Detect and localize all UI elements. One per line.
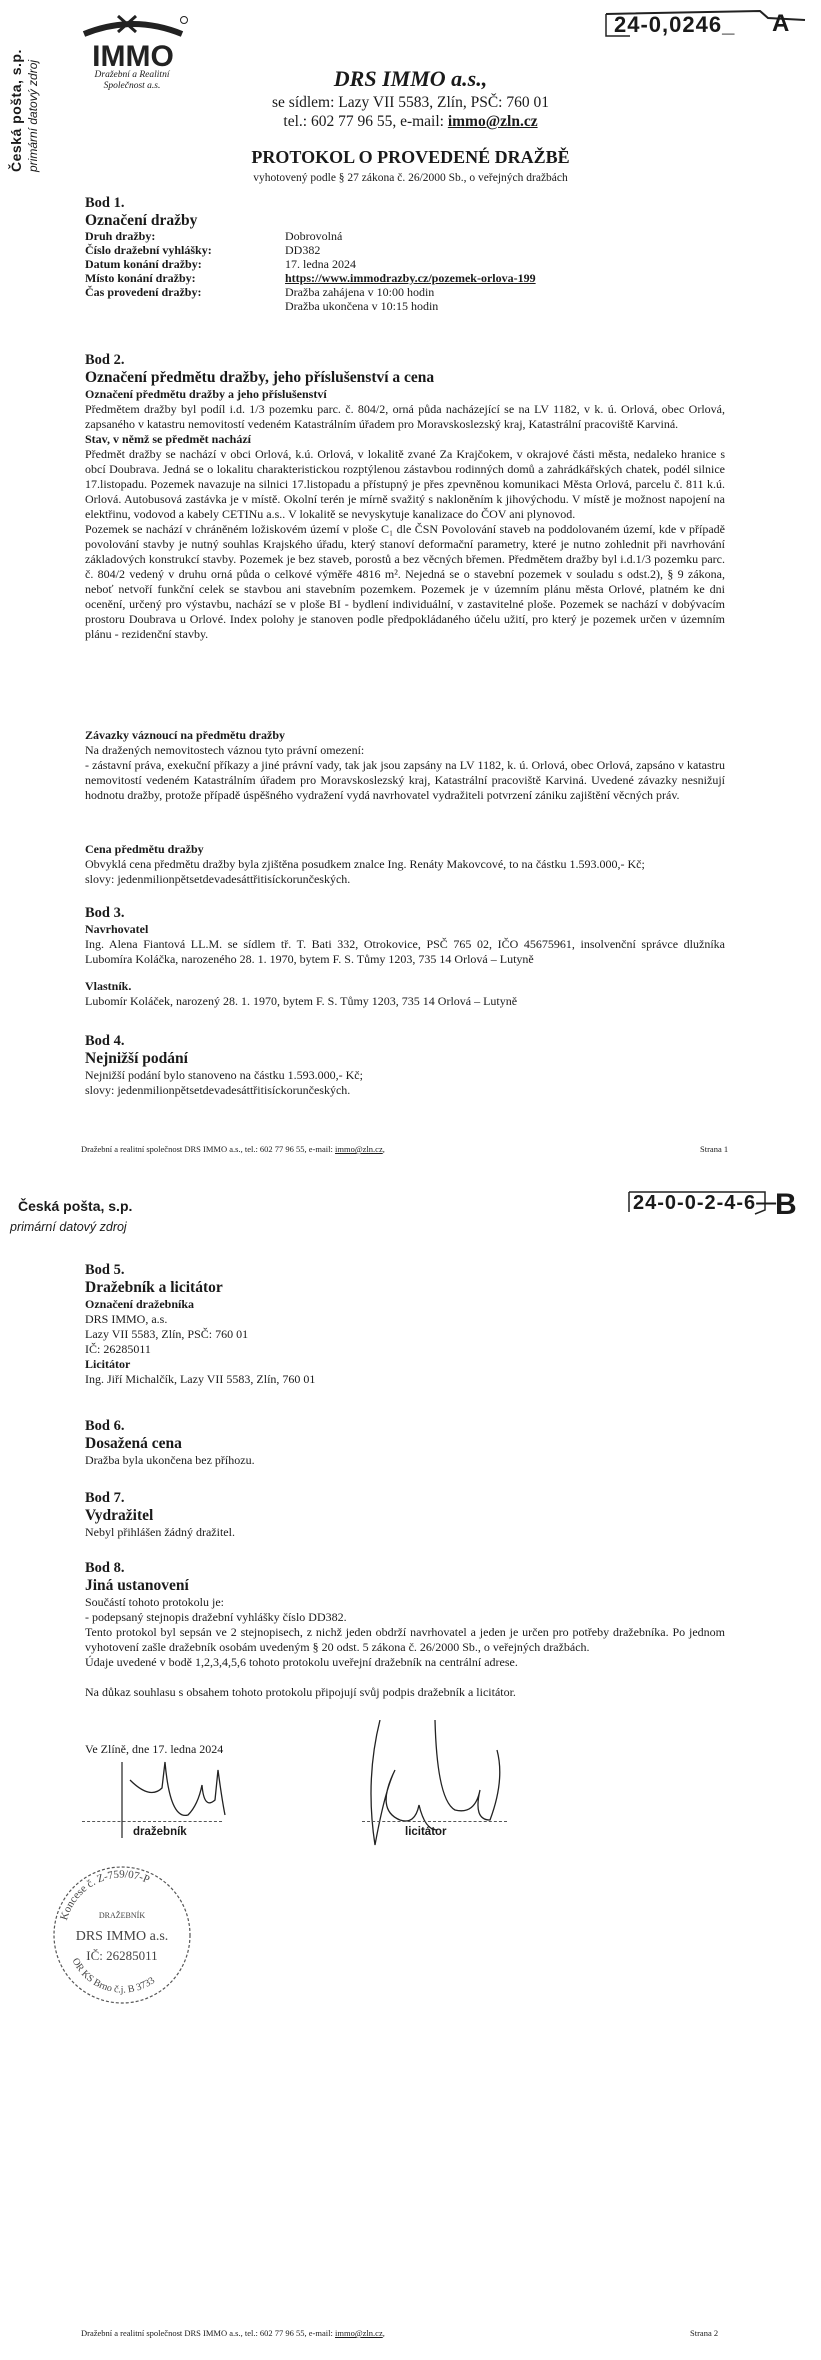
- detail-row: Čas provedení dražby: Dražba zahájena v …: [85, 286, 725, 300]
- detail-value: Dobrovolná: [285, 230, 342, 244]
- footer-page2: Dražební a realitní společnost DRS IMMO …: [81, 2328, 385, 2338]
- footer-text: Dražební a realitní společnost DRS IMMO …: [81, 1144, 335, 1154]
- bod8-agreement: Na důkaz souhlasu s obsahem tohoto proto…: [85, 1685, 725, 1700]
- bod8-intro: Součástí tohoto protokolu je:: [85, 1595, 725, 1610]
- bod2-price-text: Obvyklá cena předmětu dražby byla zjiště…: [85, 857, 725, 872]
- reference-number: 24-0,0246_: [614, 12, 735, 38]
- contact-prefix: tel.: 602 77 96 55, e-mail:: [283, 113, 447, 130]
- company-address: se sídlem: Lazy VII 5583, Zlín, PSČ: 760…: [0, 94, 821, 112]
- bod3-owner-text: Lubomír Koláček, narozený 28. 1. 1970, b…: [85, 994, 725, 1009]
- detail-key: Místo konání dražby:: [85, 272, 275, 286]
- section-bod2-price: Cena předmětu dražby Obvyklá cena předmě…: [85, 842, 725, 887]
- bod2-subheading-subject: Označení předmětu dražby a jeho přísluše…: [85, 387, 725, 402]
- bod6-label: Bod 6.: [85, 1418, 725, 1435]
- bod3-label: Bod 3.: [85, 905, 725, 922]
- page-number-1: Strana 1: [700, 1144, 728, 1154]
- company-name: DRS IMMO a.s.,: [0, 66, 821, 92]
- bod6-text: Dražba byla ukončena bez příhozu.: [85, 1453, 725, 1468]
- bod2-subheading-obligations: Závazky váznoucí na předmětu dražby: [85, 728, 725, 743]
- bod5-heading: Dražebník a licitátor: [85, 1279, 725, 1297]
- bod2-condition-text: Předmět dražby se nachází v obci Orlová,…: [85, 447, 725, 522]
- detail-value: DD382: [285, 244, 320, 258]
- document-title: PROTOKOL O PROVEDENÉ DRAŽBĚ: [0, 147, 821, 168]
- posta-stamp-page2-source: primární datový zdroj: [10, 1220, 127, 1234]
- detail-key: Druh dražby:: [85, 230, 275, 244]
- auction-details: Druh dražby: Dobrovolná Číslo dražební v…: [85, 230, 725, 314]
- licitator-signature-line: [362, 1821, 507, 1822]
- section-bod2-obligations: Závazky váznoucí na předmětu dražby Na d…: [85, 728, 725, 803]
- auctioneer-signature-label: dražebník: [133, 1826, 187, 1838]
- section-bod2: Bod 2. Označení předmětu dražby, jeho př…: [85, 352, 725, 642]
- bod8-label: Bod 8.: [85, 1560, 725, 1577]
- bod2-obligations-text: - zástavní práva, exekuční příkazy a jin…: [85, 758, 725, 803]
- bod2-heading: Označení předmětu dražby, jeho příslušen…: [85, 369, 725, 387]
- footer-suffix: ,: [383, 2328, 385, 2338]
- bod5-label: Bod 5.: [85, 1262, 725, 1279]
- round-official-stamp: Koncese č. Z-759/07-P OR KS Brno č.j. B …: [40, 1860, 205, 2010]
- bod3-subheading-applicant: Navrhovatel: [85, 922, 725, 937]
- detail-key: Číslo dražební vyhlášky:: [85, 244, 275, 258]
- place-date: Ve Zlíně, dne 17. ledna 2024: [85, 1742, 223, 1757]
- svg-text:DRAŽEBNÍK: DRAŽEBNÍK: [99, 1910, 145, 1920]
- footer-email-link[interactable]: immo@zln.cz: [335, 1144, 383, 1154]
- auctioneer-name: DRS IMMO, a.s.: [85, 1312, 725, 1327]
- reference-stamp-page2: 24-0-0-2-4-6— B: [625, 1188, 821, 1218]
- bod2-label: Bod 2.: [85, 352, 725, 369]
- reference-letter: B: [775, 1188, 797, 1222]
- svg-text:IČ: 26285011: IČ: 26285011: [86, 1948, 157, 1963]
- detail-row: Druh dražby: Dobrovolná: [85, 230, 725, 244]
- detail-key: Čas provedení dražby:: [85, 286, 275, 300]
- svg-text:DRS IMMO a.s.: DRS IMMO a.s.: [76, 1929, 169, 1944]
- bod8-heading: Jiná ustanovení: [85, 1577, 725, 1595]
- section-bod5: Bod 5. Dražebník a licitátor Označení dr…: [85, 1262, 725, 1387]
- bod7-heading: Vydražitel: [85, 1507, 725, 1525]
- bod2-price-words: slovy: jedenmilionpětsetdevadesáttřitisí…: [85, 872, 725, 887]
- licitator-text: Ing. Jiří Michalčík, Lazy VII 5583, Zlín…: [85, 1372, 725, 1387]
- detail-row: Číslo dražební vyhlášky: DD382: [85, 244, 725, 258]
- auctioneer-ic: IČ: 26285011: [85, 1342, 725, 1357]
- bod4-label: Bod 4.: [85, 1033, 725, 1050]
- section-bod6: Bod 6. Dosažená cena Dražba byla ukončen…: [85, 1418, 725, 1468]
- bod4-text: Nejnižší podání bylo stanoveno na částku…: [85, 1068, 725, 1083]
- auction-url-link[interactable]: https://www.immodrazby.cz/pozemek-orlova…: [285, 271, 536, 285]
- detail-row: Dražba ukončena v 10:15 hodin: [85, 300, 725, 314]
- bod2-location-text: Pozemek se nachází v chráněném ložiskové…: [85, 522, 725, 642]
- company-contact: tel.: 602 77 96 55, e-mail: immo@zln.cz: [0, 113, 821, 131]
- bod7-label: Bod 7.: [85, 1490, 725, 1507]
- detail-value: Dražba ukončena v 10:15 hodin: [285, 300, 438, 314]
- section-bod7: Bod 7. Vydražitel Nebyl přihlášen žádný …: [85, 1490, 725, 1540]
- section-bod4: Bod 4. Nejnižší podání Nejnižší podání b…: [85, 1033, 725, 1098]
- detail-value: Dražba zahájena v 10:00 hodin: [285, 286, 434, 300]
- bod5-subheading-licitator: Licitátor: [85, 1357, 725, 1372]
- detail-key: Datum konání dražby:: [85, 258, 275, 272]
- bod1-label: Bod 1.: [85, 195, 725, 212]
- footer-email-link[interactable]: immo@zln.cz: [335, 2328, 383, 2338]
- bod3-subheading-owner: Vlastník.: [85, 979, 725, 994]
- licitator-signature-label: licitátor: [405, 1826, 447, 1838]
- bod1-heading: Označení dražby: [85, 212, 725, 230]
- bod2-subheading-condition: Stav, v němž se předmět nachází: [85, 432, 725, 447]
- stamp-circle-icon: Koncese č. Z-759/07-P OR KS Brno č.j. B …: [40, 1860, 205, 2010]
- auctioneer-address: Lazy VII 5583, Zlín, PSČ: 760 01: [85, 1327, 725, 1342]
- section-bod8: Bod 8. Jiná ustanovení Součástí tohoto p…: [85, 1560, 725, 1700]
- bod2-subheading-price: Cena předmětu dražby: [85, 842, 725, 857]
- bod7-text: Nebyl přihlášen žádný dražitel.: [85, 1525, 725, 1540]
- bod2-subject-text: Předmětem dražby byl podíl i.d. 1/3 poze…: [85, 402, 725, 432]
- bod4-heading: Nejnižší podání: [85, 1050, 725, 1068]
- bod6-heading: Dosažená cena: [85, 1435, 725, 1453]
- reference-number: 24-0-0-2-4-6—: [633, 1192, 777, 1215]
- document-subtitle: vyhotovený podle § 27 zákona č. 26/2000 …: [0, 172, 821, 184]
- section-bod3: Bod 3. Navrhovatel Ing. Alena Fiantová L…: [85, 905, 725, 1009]
- bod3-applicant-text: Ing. Alena Fiantová LL.M. se sídlem tř. …: [85, 937, 725, 967]
- bod5-subheading-auctioneer: Označení dražebníka: [85, 1297, 725, 1312]
- detail-value: 17. ledna 2024: [285, 258, 356, 272]
- bod8-copies: Tento protokol byl sepsán ve 2 stejnopis…: [85, 1625, 725, 1655]
- detail-row: Místo konání dražby: https://www.immodra…: [85, 272, 725, 286]
- posta-stamp-page2-name: Česká pošta, s.p.: [18, 1198, 132, 1214]
- reference-letter: A: [772, 10, 789, 38]
- auctioneer-signature-line: [82, 1821, 222, 1822]
- reference-stamp-page1: 24-0,0246_ A: [600, 8, 815, 38]
- immo-logo-icon: IMMO: [78, 12, 188, 72]
- section-bod1: Bod 1. Označení dražby Druh dražby: Dobr…: [85, 195, 725, 314]
- company-email-link[interactable]: immo@zln.cz: [448, 113, 538, 130]
- page-number-2: Strana 2: [690, 2328, 718, 2338]
- detail-row: Datum konání dražby: 17. ledna 2024: [85, 258, 725, 272]
- footer-page1: Dražební a realitní společnost DRS IMMO …: [81, 1144, 385, 1154]
- bod4-words: slovy: jedenmilionpětsetdevadesáttřitisí…: [85, 1083, 725, 1098]
- footer-text: Dražební a realitní společnost DRS IMMO …: [81, 2328, 335, 2338]
- bod8-publication: Údaje uvedené v bodě 1,2,3,4,5,6 tohoto …: [85, 1655, 725, 1670]
- footer-suffix: ,: [383, 1144, 385, 1154]
- bod2-obligations-intro: Na dražených nemovitostech váznou tyto p…: [85, 743, 725, 758]
- bod8-attachment: - podepsaný stejnopis dražební vyhlášky …: [85, 1610, 725, 1625]
